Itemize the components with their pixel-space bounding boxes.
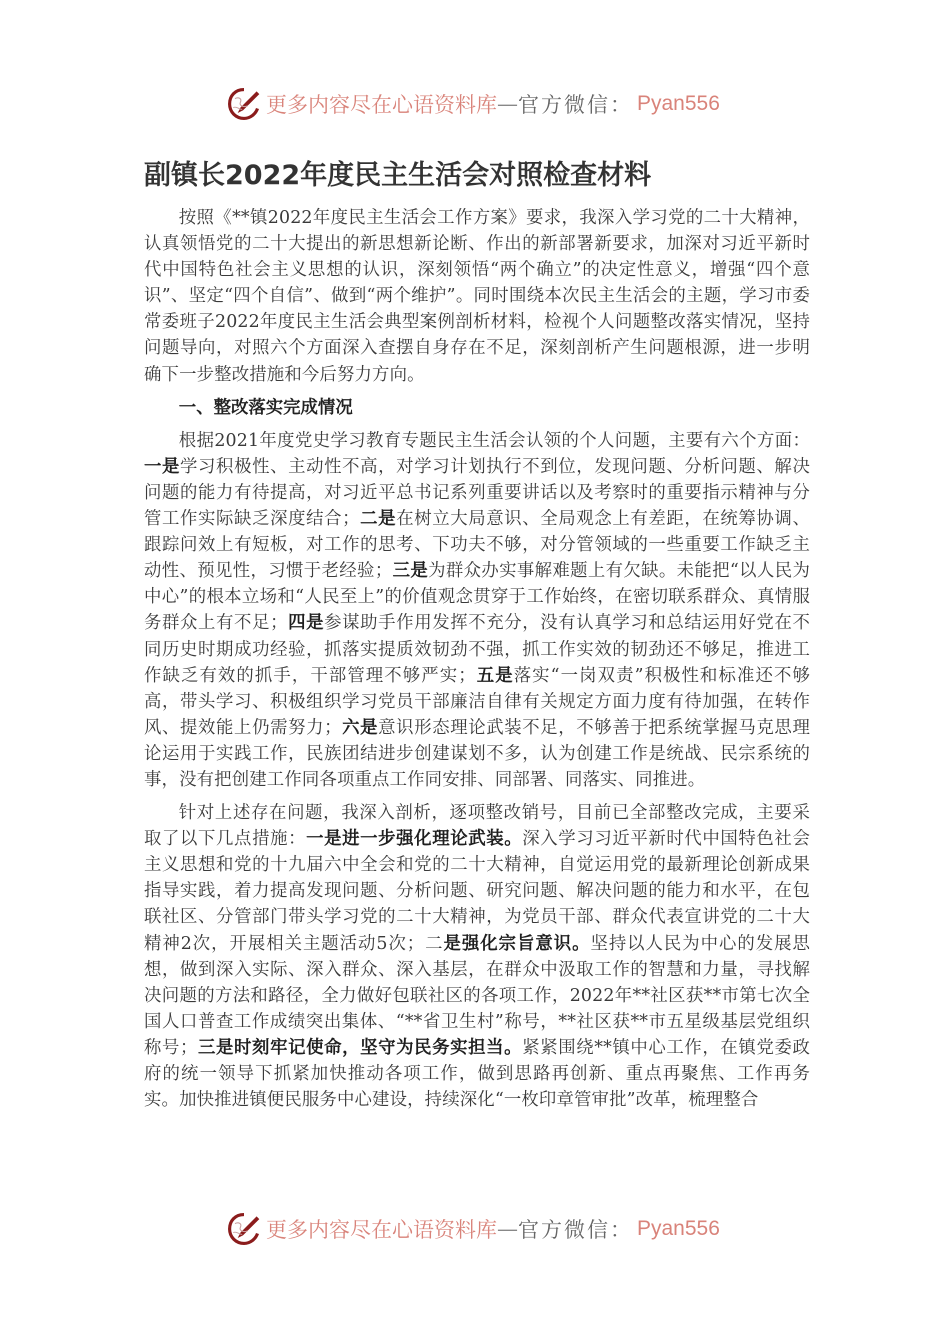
- footer-watermark: 更多内容尽在心语资料库 — 官方微信： Pyan556: [226, 1209, 720, 1249]
- header-watermark: 更多内容尽在心语资料库 — 官方微信： Pyan556: [226, 84, 720, 124]
- item-label: 五是: [476, 666, 514, 686]
- item-label: 四是: [288, 613, 325, 633]
- item-label: 二是: [360, 509, 397, 529]
- item-label: 一是: [144, 457, 180, 477]
- measure-label: 是强化宗旨意识。: [444, 934, 591, 954]
- measure-label: 一是进一步强化理论武装。: [306, 829, 522, 849]
- watermark-wechat-label: 官方微信：: [518, 89, 633, 119]
- measure-label: 三是时刻牢记使命，坚守为民务实担当。: [198, 1038, 523, 1058]
- watermark-dash: —: [497, 1217, 518, 1241]
- item-label: 六是: [342, 718, 379, 738]
- problems-lead: 根据2021年度党史学习教育专题民主生活会认领的个人问题，主要有六个方面：: [179, 431, 810, 451]
- section-heading: 一、整改落实完成情况: [144, 395, 810, 421]
- watermark-wechat-id: Pyan556: [637, 92, 720, 116]
- watermark-dash: —: [497, 92, 518, 116]
- document-body: 按照《**镇2022年度民主生活会工作方案》要求，我深入学习党的二十大精神，认真…: [144, 205, 810, 1120]
- intro-paragraph: 按照《**镇2022年度民主生活会工作方案》要求，我深入学习党的二十大精神，认真…: [144, 205, 810, 388]
- item-label: 三是: [392, 561, 428, 581]
- quill-pen-logo-icon: [226, 86, 262, 122]
- watermark-site-text: 更多内容尽在心语资料库: [266, 89, 497, 119]
- watermark-site-text: 更多内容尽在心语资料库: [266, 1214, 497, 1244]
- problems-paragraph: 根据2021年度党史学习教育专题民主生活会认领的个人问题，主要有六个方面：一是学…: [144, 428, 810, 793]
- watermark-wechat-label: 官方微信：: [518, 1214, 633, 1244]
- measure-prefix: 二: [424, 934, 443, 954]
- quill-pen-logo-icon: [226, 1211, 262, 1247]
- watermark-wechat-id: Pyan556: [637, 1217, 720, 1241]
- measures-paragraph: 针对上述存在问题，我深入剖析，逐项整改销号，目前已全部整改完成，主要采取了以下几…: [144, 800, 810, 1113]
- document-title: 副镇长2022年度民主生活会对照检查材料: [144, 153, 651, 192]
